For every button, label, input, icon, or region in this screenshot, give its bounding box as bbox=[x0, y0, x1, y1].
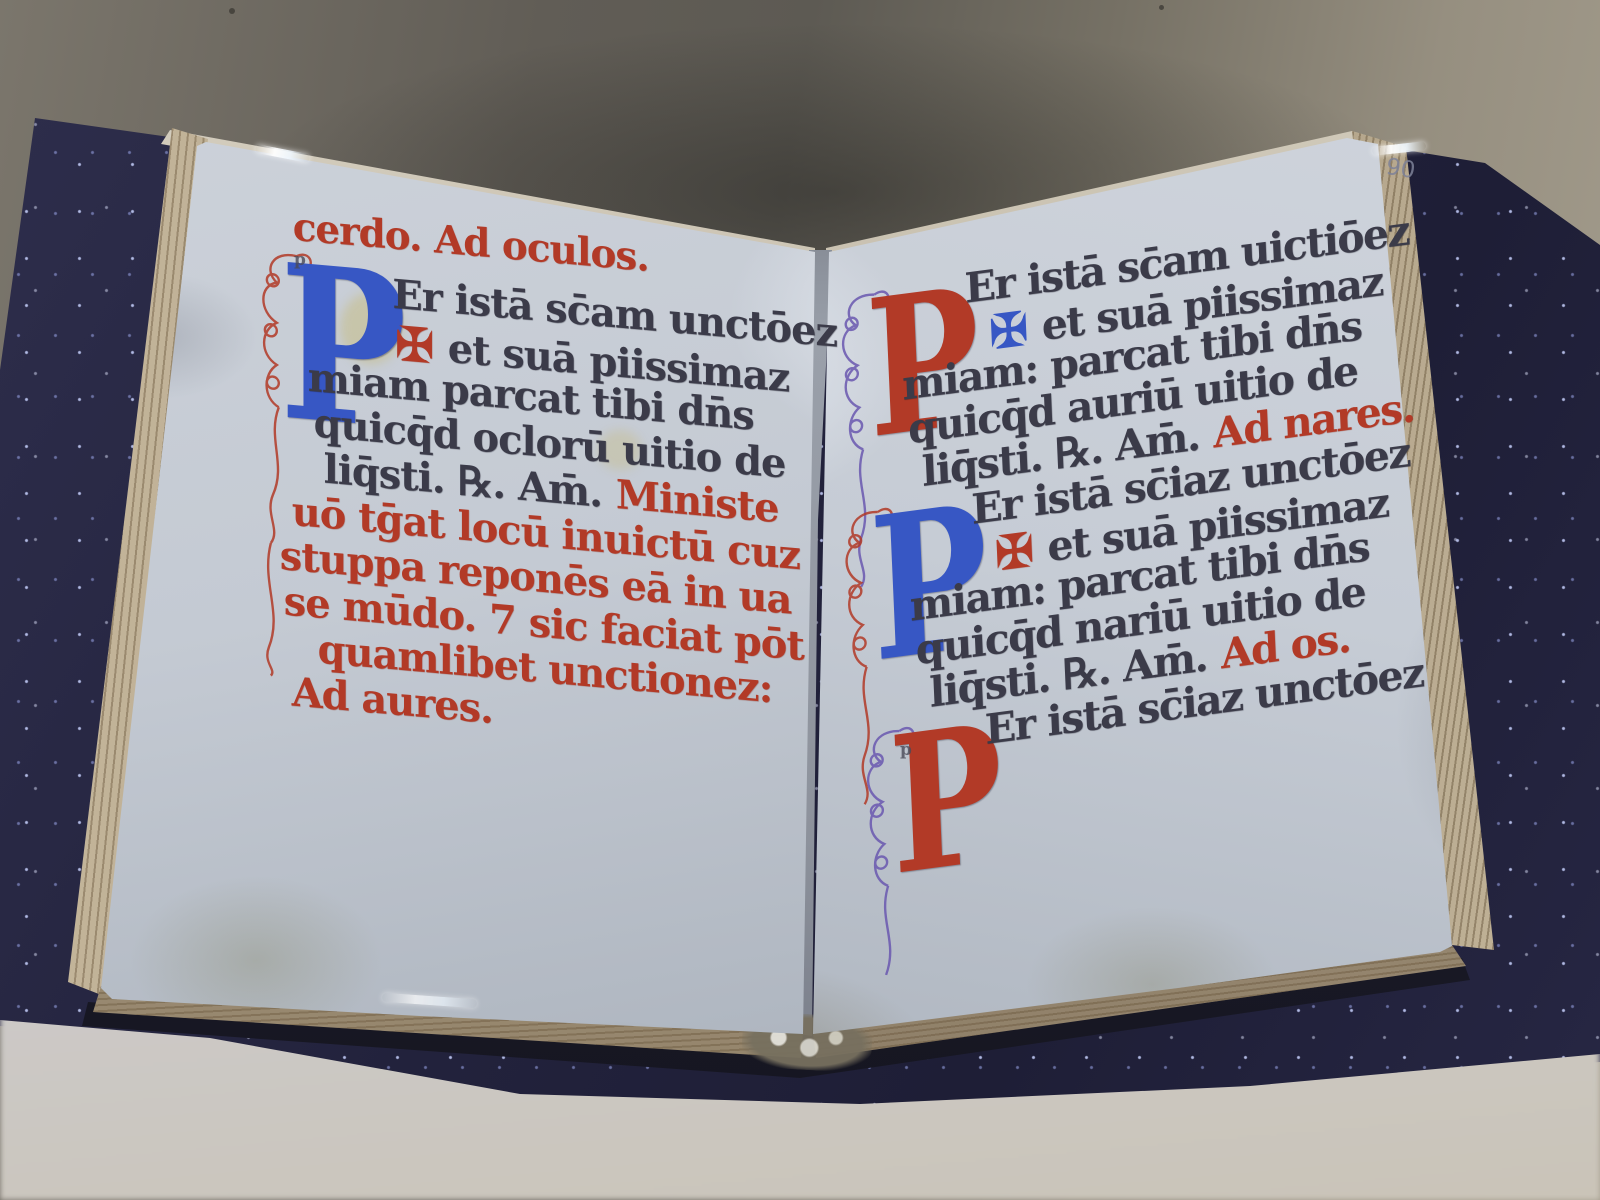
museum-display-photo: cerdo. Ad oculos. P Er istā sc̄am unctōe… bbox=[0, 0, 1600, 1200]
right-page-text: P P P Er istā sc̄am uictiōez ✠et suā pii… bbox=[868, 165, 1470, 862]
wall-pin-mark bbox=[1159, 5, 1164, 10]
guide-letter: p bbox=[900, 740, 912, 760]
guide-letter: p bbox=[294, 250, 306, 270]
left-page-text: cerdo. Ad oculos. P Er istā sc̄am unctōe… bbox=[228, 188, 826, 802]
wall-pin-mark bbox=[229, 8, 235, 14]
pencil-folio-number: 90 bbox=[1384, 154, 1417, 184]
